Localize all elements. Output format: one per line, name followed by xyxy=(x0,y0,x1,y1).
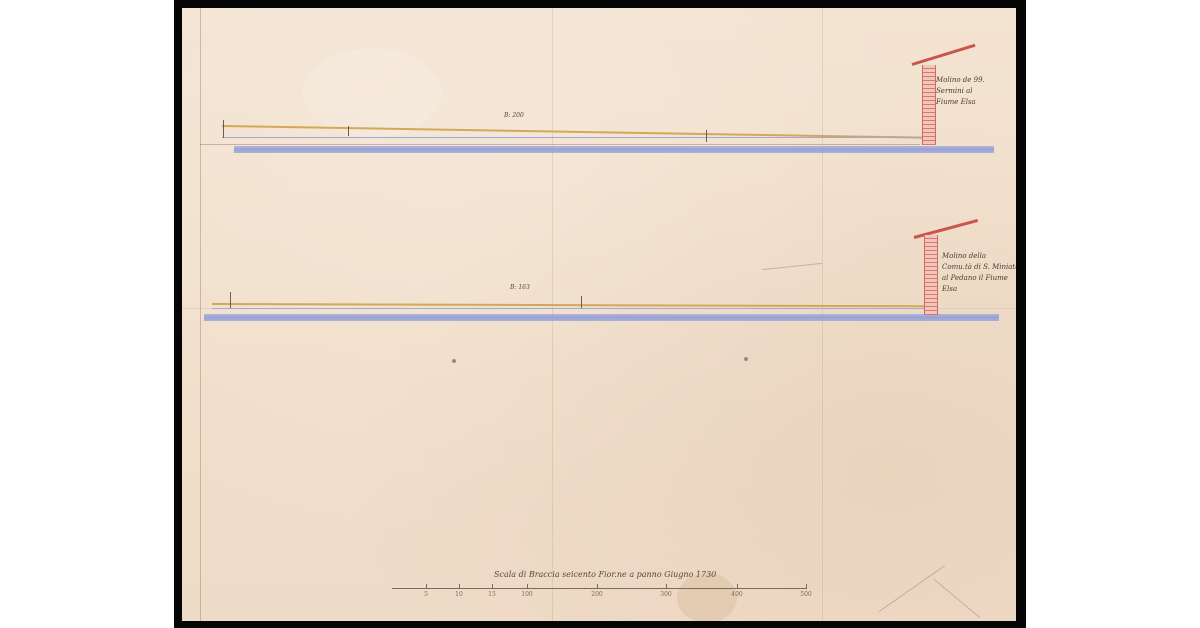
water-gradient-line xyxy=(212,303,927,307)
station-marker xyxy=(348,126,349,136)
scale-tick xyxy=(666,584,667,589)
riverbed-line xyxy=(222,137,922,138)
margin-line xyxy=(200,8,201,621)
station-marker xyxy=(581,296,582,308)
scale-number: 5 xyxy=(424,591,428,598)
mill-building-lower xyxy=(924,235,938,315)
datum-line xyxy=(200,144,920,145)
mill-label-lower: Molino della Comu.tà di S. Miniato al Pe… xyxy=(942,251,1016,295)
scale-tick xyxy=(426,584,427,589)
scale-number: 100 xyxy=(521,591,532,598)
scale-number: 200 xyxy=(591,591,602,598)
station-marker xyxy=(706,130,707,142)
river-water xyxy=(204,314,999,321)
scale-number: 15 xyxy=(488,591,496,598)
mill-building-upper xyxy=(922,65,936,145)
faded-area xyxy=(302,48,442,138)
mill-roof xyxy=(912,44,976,66)
paper-sheet: B: 200 Molino de 99. Sermini al Fiume El… xyxy=(182,8,1016,621)
scale-tick xyxy=(527,584,528,589)
scale-number: 400 xyxy=(731,591,742,598)
pencil-stroke xyxy=(879,565,945,612)
scale-number: 300 xyxy=(660,591,671,598)
station-marker xyxy=(223,120,224,138)
scale-line xyxy=(392,588,807,589)
scale-title: Scala di Braccia seicento Fior.ne a pann… xyxy=(494,570,716,579)
pin-hole xyxy=(744,357,748,361)
scale-tick xyxy=(597,584,598,589)
riverbed-line xyxy=(212,308,927,309)
scale-number: 10 xyxy=(455,591,463,598)
scale-tick xyxy=(806,584,807,589)
water-stain xyxy=(677,573,737,621)
scale-tick xyxy=(492,584,493,589)
scale-number: 500 xyxy=(800,591,811,598)
pencil-stroke xyxy=(762,263,822,270)
pencil-stroke xyxy=(934,579,981,618)
distance-label: B: 200 xyxy=(504,112,524,119)
river-water xyxy=(234,146,994,153)
scale-tick xyxy=(737,584,738,589)
distance-label: B: 163 xyxy=(510,284,530,291)
mill-label-upper: Molino de 99. Sermini al Fiume Elsa xyxy=(936,75,985,108)
pin-hole xyxy=(452,359,456,363)
station-marker xyxy=(230,292,231,308)
scale-tick xyxy=(459,584,460,589)
